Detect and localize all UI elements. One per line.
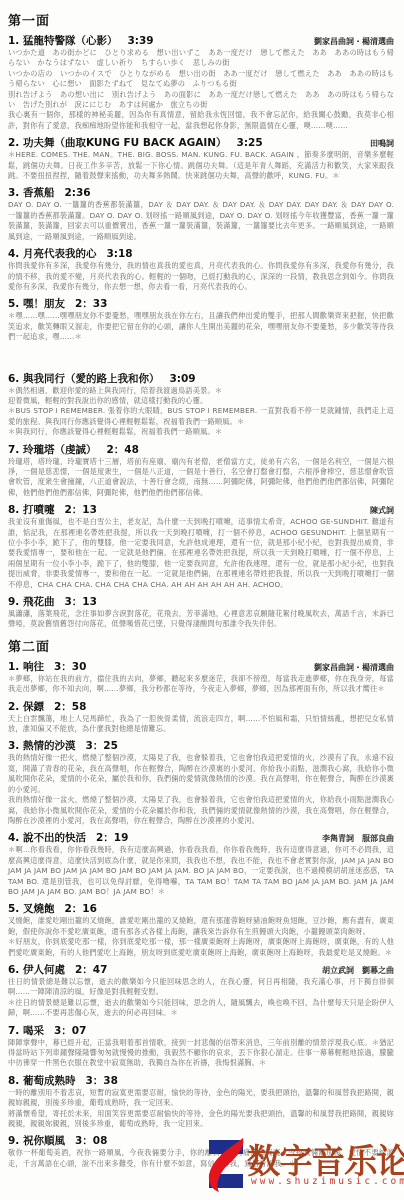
song-duration: 2:36 bbox=[64, 187, 90, 199]
song-title: 4. 月亮代表我的心 bbox=[8, 248, 96, 260]
side-b: 第二面 1. 响往3：30 劉家昌曲詞・楊清選曲 ＊夢鄉，你站在我的前方，擋住我… bbox=[8, 636, 394, 1169]
site-watermark: 数字音乐论坛 www.shuzimusic.com bbox=[203, 1136, 399, 1196]
forum-logo-icon bbox=[203, 1136, 249, 1194]
song-duration: 3：38 bbox=[85, 1075, 117, 1087]
song-a1: 1. 猛龍特警隊（心影）3:39 劉家昌曲詞・楊清選曲 いつかた道 あの街かどに… bbox=[8, 35, 394, 131]
lyric-paragraph: 我並沒有重傷風，也不是白雪公主，老友記，為什麼一天到晚打噴嚏，這事情太希奇，AC… bbox=[8, 517, 394, 590]
lyric-paragraph: 將滿懷希望，寄托於未來，用面笑容更需要忍耐愉快的等待，金色的陽光要我把頭抬，溫馨… bbox=[8, 1109, 394, 1130]
lyric-paragraph: いつかの店の いつかのイスで ひとりながめる 想い出の街 ああ一度だけ 戀して燃… bbox=[8, 69, 394, 90]
song-title: 5. 叉燒飽 bbox=[8, 903, 54, 915]
song-title: 1. 猛龍特警隊（心影） bbox=[8, 35, 117, 47]
song-duration: 2：33 bbox=[75, 298, 107, 310]
lyric-paragraph: ＊HERE. COMES. THE. MAN。THE. BIG. BOSS. M… bbox=[8, 150, 394, 181]
song-duration: 3：08 bbox=[75, 1135, 107, 1147]
lyric-paragraph: ＊好朋友，你到底愛吃那一樣，你到底愛吃那一樣，那一樣廣東飽呀上海飽呀，廣東飽呀上… bbox=[8, 937, 394, 958]
song-a7: 7. 玲瓏塔（虔誠）2：48 玲瓏塔，塔玲瓏，玲瓏寶塔十三層，塔前有座廟，廟內有… bbox=[8, 444, 394, 499]
lyric-paragraph: ＊BUS STOP I REMEMBER. 張着你的大眼睛，BUS STOP I… bbox=[8, 406, 394, 427]
song-credit: 胡立武詞 劉幕之曲 bbox=[322, 964, 394, 977]
song-b1: 1. 响往3：30 劉家昌曲詞・楊清選曲 ＊夢鄉，你站在我的前方，擋住我的去向，… bbox=[8, 661, 394, 695]
song-title: 9. 飛花曲 bbox=[8, 596, 54, 608]
song-duration: 3：07 bbox=[54, 1025, 86, 1037]
lyric-paragraph: いつかた道 あの街かどに ひとり求める 想い出いずこ ああ一度だけ 戀して燃えた… bbox=[8, 48, 394, 69]
song-b5: 5. 叉燒飽2：16 叉燒飽，誰愛吃剛出籠的叉燒飽，誰愛吃剛出籠的叉燒飽，還有那… bbox=[8, 903, 394, 958]
song-duration: 2：16 bbox=[64, 903, 96, 915]
song-duration: 3：13 bbox=[64, 596, 96, 608]
lyric-paragraph: 叉燒飽，誰愛吃剛出籠的叉燒飽，誰愛吃剛出籠的叉燒飽，還有那蓮蓉飽呀豬油飽呀魚翅飽… bbox=[8, 916, 394, 937]
song-a2: 2. 功夫舞（曲取KUNG FU BACK AGAIN）3:25 田鳴詞 ＊HE… bbox=[8, 137, 394, 181]
song-title: 8. 葡萄成熟時 bbox=[8, 1075, 75, 1087]
song-a6: 6. 與我同行（愛的路上我和你）3:09 ＊偶然相遇，歡迎你愛的路上與我同行，陪… bbox=[8, 373, 394, 438]
song-credit: 李雋青詞 服部良曲 bbox=[322, 832, 394, 845]
song-title: 5. 嘿！朋友 bbox=[8, 298, 65, 310]
song-a4: 4. 月亮代表我的心3:18 你問我愛你有多深，我愛你有幾分，我的情也真我的愛也… bbox=[8, 248, 394, 292]
lyric-paragraph: 往日的情景總是難以忘懷，逝去的歡樂如今只能回味思念的人，在我心靈，何日再相隨，我… bbox=[8, 977, 394, 998]
song-duration: 2：13 bbox=[64, 504, 96, 516]
lyric-paragraph: 天上白雲飄蕩，地上人兒馬蹄忙，我為了一腔俠骨柔情，流浪走四方，啊……不怕風和霜，… bbox=[8, 714, 394, 735]
song-b6: 6. 伊人何處2：47 胡立武詞 劉幕之曲 往日的情景總是難以忘懷，逝去的歡樂如… bbox=[8, 964, 394, 1019]
song-title: 3. 香蕉船 bbox=[8, 187, 54, 199]
song-duration: 2：19 bbox=[96, 832, 128, 844]
lyric-paragraph: DAY O. DAY O. 一籮籮的香蕉都裝滿籮，DAY ＆ DAY DAY. … bbox=[8, 200, 394, 242]
song-duration: 3：25 bbox=[85, 740, 117, 752]
spacer bbox=[8, 349, 394, 373]
song-duration: 2：47 bbox=[75, 964, 107, 976]
song-title: 6. 伊人何處 bbox=[8, 964, 65, 976]
song-duration: 3:25 bbox=[237, 137, 263, 149]
song-title: 1. 响往 bbox=[8, 661, 44, 673]
side-a-title: 第一面 bbox=[8, 10, 394, 29]
song-duration: 3：30 bbox=[54, 661, 86, 673]
song-b2: 2. 保鏢2：58 天上白雲飄蕩，地上人兒馬蹄忙，我為了一腔俠骨柔情，流浪走四方… bbox=[8, 701, 394, 735]
song-title: 7. 玲瓏塔（虔誠） bbox=[8, 444, 96, 456]
song-b4: 4. 說不出的快活2：19 李雋青詞 服部良曲 ＊啊…你看我看，你你看我幾時，我… bbox=[8, 832, 394, 897]
lyric-paragraph: 我心裏有一個你，那樣的神秘美麗，因為你有真情意，留給我永恆回憶，我不會忘記你，給… bbox=[8, 110, 394, 131]
song-a8: 8. 打噴嚏2：13 陳式詞 我並沒有重傷風，也不是白雪公主，老友記，為什麼一天… bbox=[8, 504, 394, 590]
lyric-paragraph: 我的熱情好像一盆火，燃燒了整個沙漠，太陽見了我，也會躲着我，它也會怕我這把愛情的… bbox=[8, 795, 394, 826]
watermark-url: www.shuzimusic.com bbox=[251, 1176, 404, 1187]
lyric-paragraph: 你問我愛你有多深，我愛你有幾分，我的情也真我的愛也真，月亮代表我的心。你問我愛你… bbox=[8, 261, 394, 292]
lyric-paragraph: ＊啊…你看我看，你你看我幾時，我有這麼高興過，你看我我看，你你看我幾時，我有這麼… bbox=[8, 845, 394, 897]
song-b7: 7. 喝采3：07 陣陣掌聲中，幕已經升起，正當我唱着那首情歌，接到一封悲傷的信… bbox=[8, 1025, 394, 1069]
song-title: 3. 熱情的沙漠 bbox=[8, 740, 75, 752]
song-credit: 田鳴詞 bbox=[370, 137, 394, 150]
side-b-title: 第二面 bbox=[8, 636, 394, 655]
song-title: 2. 保鏢 bbox=[8, 701, 44, 713]
lyrics-sheet: 第一面 1. 猛龍特警隊（心影）3:39 劉家昌曲詞・楊清選曲 いつかた道 あの… bbox=[0, 0, 404, 1169]
song-a5: 5. 嘿！朋友2：33 ＊嘿……嘿……嘿嘿朋友你不要憂愁，嘿嘿朋友我在你左右，且… bbox=[8, 298, 394, 342]
lyric-paragraph: 陣陣掌聲中，幕已經升起，正當我唱着那首情歌，接到一封悲傷的信帶來消息，三年前別離… bbox=[8, 1038, 394, 1069]
song-duration: 3:09 bbox=[169, 373, 195, 385]
lyric-paragraph: 別れ告げよう あの想い出に 別れ告げよう あの面影に ああ一度だけ戀して燃えた … bbox=[8, 90, 394, 111]
song-title: 7. 喝采 bbox=[8, 1025, 44, 1037]
lyric-paragraph: 玲瓏塔，塔玲瓏，玲瓏寶塔十三層，塔前有座廟，廟內有老僧，老僧當方丈，徒弟有六名，… bbox=[8, 457, 394, 499]
side-a: 第一面 1. 猛龍特警隊（心影）3:39 劉家昌曲詞・楊清選曲 いつかた道 あの… bbox=[8, 10, 394, 630]
lyric-paragraph: 我的熱情好像一把火，燃燒了整個沙漠，太陽見了我，也會躲着我，它也會怕我這把愛情的… bbox=[8, 753, 394, 795]
song-b3: 3. 熱情的沙漠3：25 我的熱情好像一把火，燃燒了整個沙漠，太陽見了我，也會躲… bbox=[8, 740, 394, 826]
song-b8: 8. 葡萄成熟時3：38 一時的離別用不着悲哀，短暫的寂寞更需要忍耐，愉快的等待… bbox=[8, 1075, 394, 1130]
song-credit: 陳式詞 bbox=[370, 504, 394, 517]
song-duration: 3:18 bbox=[106, 248, 132, 260]
lyric-paragraph: ＊夢鄉，你站在我的前方，擋住我的去向，夢鄉，聽起來多麼迷茫，我卻不徬徨，每當我走… bbox=[8, 674, 394, 695]
song-a3: 3. 香蕉船2:36 DAY O. DAY O. 一籮籮的香蕉都裝滿籮，DAY … bbox=[8, 187, 394, 242]
lyric-paragraph: ＊與我同行，你應該覺得心裡輕輕鬆鬆，祝福着我們一路順風。＊ bbox=[8, 427, 394, 437]
lyric-paragraph: 風瀟瀟，落葉飛花，念往事如夢含淚對落花，花飛去，芳菲滿地，心裡意悲哀願隨花絮付晚… bbox=[8, 609, 394, 630]
song-title: 9. 祝你順風 bbox=[8, 1135, 65, 1147]
song-title: 6. 與我同行（愛的路上我和你） bbox=[8, 373, 159, 385]
lyric-paragraph: 迎着微風，輕輕的對我說出你的感情，就這樣打動我的心靈。 bbox=[8, 396, 394, 406]
song-duration: 2：58 bbox=[54, 701, 86, 713]
song-title: 2. 功夫舞（曲取KUNG FU BACK AGAIN） bbox=[8, 137, 227, 149]
song-credit: 劉家昌曲詞・楊清選曲 bbox=[314, 661, 394, 674]
song-title: 4. 說不出的快活 bbox=[8, 832, 86, 844]
lyric-paragraph: ＊偶然相遇，歡迎你愛的路上與我同行，陪着我渡過鳥語美景。＊ bbox=[8, 386, 394, 396]
lyric-paragraph: 一時的離別用不着悲哀，短暫的寂寞更需要忍耐，愉快的等待，金色的陽光，要我把頭抬，… bbox=[8, 1088, 394, 1109]
lyric-paragraph: ＊往日的情景總是難以忘懷，逝去的歡樂如今只能回味，思念的人，隨風飄去，喚也喚不回… bbox=[8, 998, 394, 1019]
lyric-paragraph: ＊嘿……嘿……嘿嘿朋友你不要憂愁，嘿嘿朋友我在你左右，且讓我們伸出愛的雙手，把那… bbox=[8, 311, 394, 342]
song-credit: 劉家昌曲詞・楊清選曲 bbox=[314, 35, 394, 48]
song-a9: 9. 飛花曲3：13 風瀟瀟，落葉飛花，念往事如夢含淚對落花，花飛去，芳菲滿地，… bbox=[8, 596, 394, 630]
song-duration: 3:39 bbox=[127, 35, 153, 47]
song-title: 8. 打噴嚏 bbox=[8, 504, 54, 516]
song-duration: 2：48 bbox=[106, 444, 138, 456]
